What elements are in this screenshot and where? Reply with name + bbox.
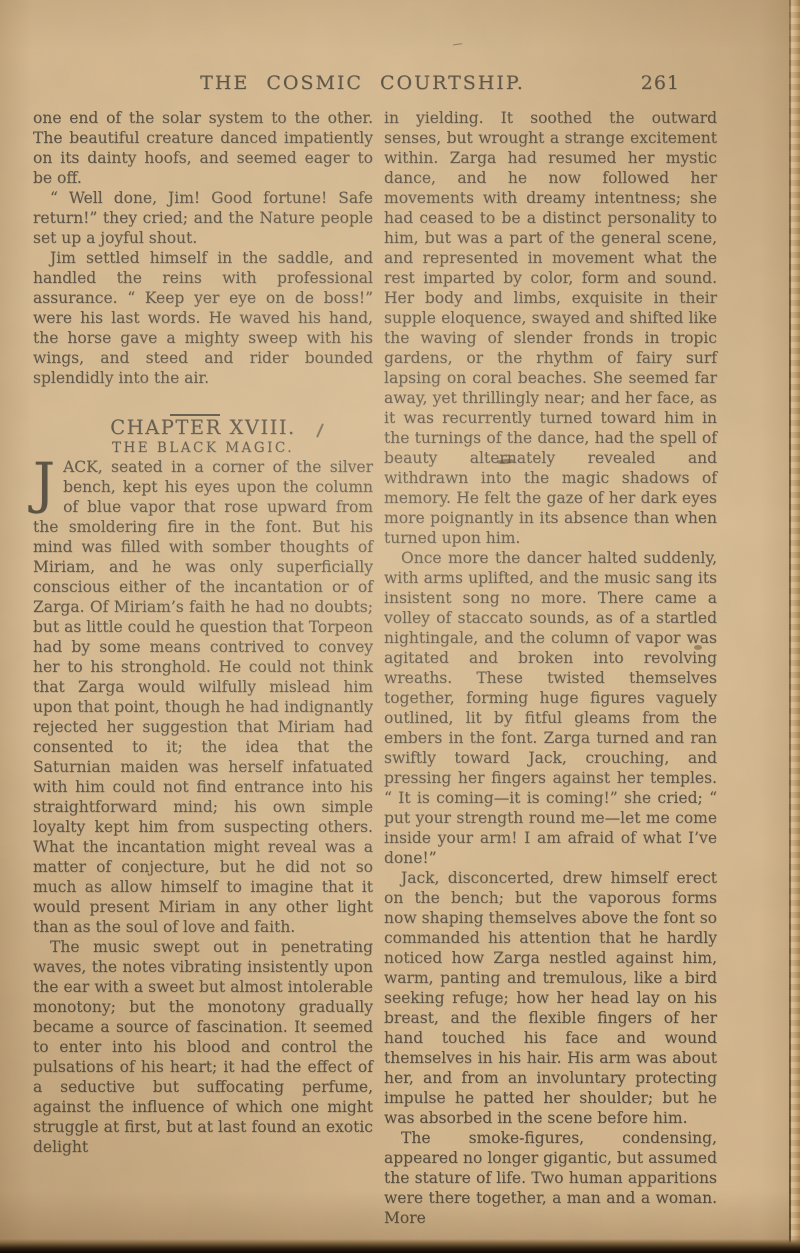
page-header: THE COSMIC COURTSHIP. 261	[33, 72, 716, 98]
running-title: THE COSMIC COURTSHIP.	[21, 72, 704, 94]
body-paragraph: The music swept out in penetrating waves…	[33, 937, 373, 1157]
body-paragraph: The smoke-figures, condensing, appeared …	[384, 1128, 717, 1228]
body-paragraph: one end of the solar system to the other…	[33, 108, 373, 188]
book-page-scan: THE COSMIC COURTSHIP. 261 one end of the…	[0, 0, 800, 1253]
scan-artifact-ink-dot	[694, 645, 702, 650]
page-bottom-edge-shadow	[0, 1239, 800, 1253]
body-paragraph: Jack, disconcerted, drew himself erect o…	[384, 868, 717, 1128]
drop-cap-letter: J	[33, 458, 55, 516]
scan-artifact-tick-mark	[451, 43, 463, 51]
chapter-subheading: THE BLACK MAGIC.	[33, 440, 373, 457]
body-paragraph-text: ACK, seated in a corner of the silver be…	[33, 458, 373, 936]
body-paragraph-dropcap: JACK, seated in a corner of the silver b…	[33, 457, 373, 937]
body-paragraph: in yielding. It soothed the outward sens…	[384, 108, 717, 548]
page-right-deckle-edge	[789, 0, 800, 1253]
body-paragraph: Jim settled himself in the saddle, and h…	[33, 248, 373, 388]
body-paragraph: “ Well done, Jim! Good fortune! Safe ret…	[33, 188, 373, 248]
body-paragraph: Once more the dancer halted suddenly, wi…	[384, 548, 717, 868]
text-column-left: one end of the solar system to the other…	[33, 108, 373, 1157]
page-number: 261	[641, 72, 680, 94]
text-column-right: in yielding. It soothed the outward sens…	[384, 108, 717, 1228]
